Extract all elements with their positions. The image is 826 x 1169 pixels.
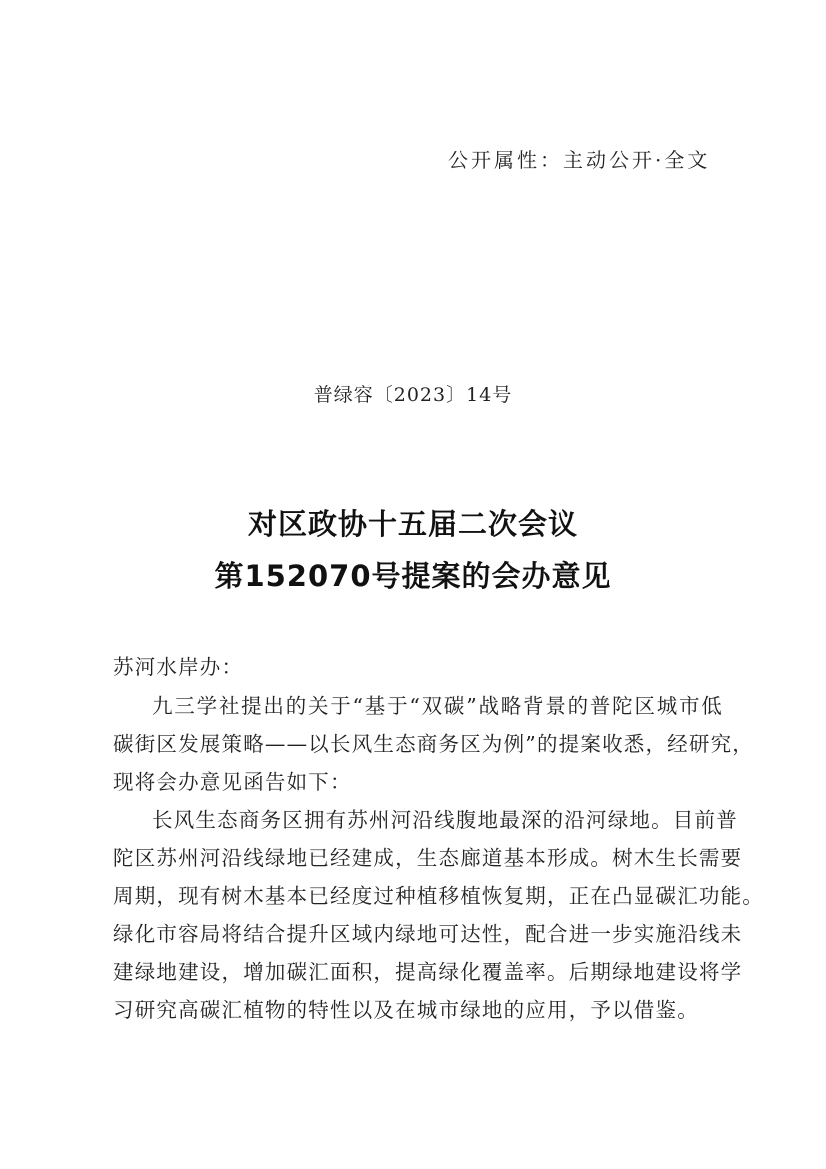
paragraph-2-line-4: 绿化市容局将结合提升区域内绿地可达性，配合进一步实施沿线未 xyxy=(113,917,723,947)
paragraph-1-line-3: 现将会办意见函告如下： xyxy=(113,765,352,795)
paragraph-1-line-2: 碳街区发展策略——以长风生态商务区为例”的提案收悉，经研究， xyxy=(113,727,723,757)
paragraph-1-line-1: 九三学社提出的关于“基于“双碳”战略背景的普陀区城市低 xyxy=(152,689,723,719)
paragraph-2-line-6: 习研究高碳汇植物的特性以及在城市绿地的应用，予以借鉴。 xyxy=(113,993,699,1023)
paragraph-2-line-1: 长风生态商务区拥有苏州河沿线腹地最深的沿河绿地。目前普 xyxy=(152,803,723,833)
paragraph-2-line-3: 周期，现有树木基本已经度过种植移植恢复期，正在凸显碳汇功能。 xyxy=(113,879,723,909)
disclosure-attribute: 公开属性：主动公开·全文 xyxy=(448,144,710,173)
document-title-line-2: 第152070号提案的会办意见 xyxy=(0,554,826,595)
document-number: 普绿容〔2023〕14号 xyxy=(0,380,826,407)
document-title-line-1: 对区政协十五届二次会议 xyxy=(0,502,826,543)
salutation: 苏河水岸办： xyxy=(113,650,243,680)
paragraph-2-line-2: 陀区苏州河沿线绿地已经建成，生态廊道基本形成。树木生长需要 xyxy=(113,841,723,871)
paragraph-2-line-5: 建绿地建设，增加碳汇面积，提高绿化覆盖率。后期绿地建设将学 xyxy=(113,955,723,985)
document-page: 公开属性：主动公开·全文 普绿容〔2023〕14号 对区政协十五届二次会议 第1… xyxy=(0,0,826,1169)
